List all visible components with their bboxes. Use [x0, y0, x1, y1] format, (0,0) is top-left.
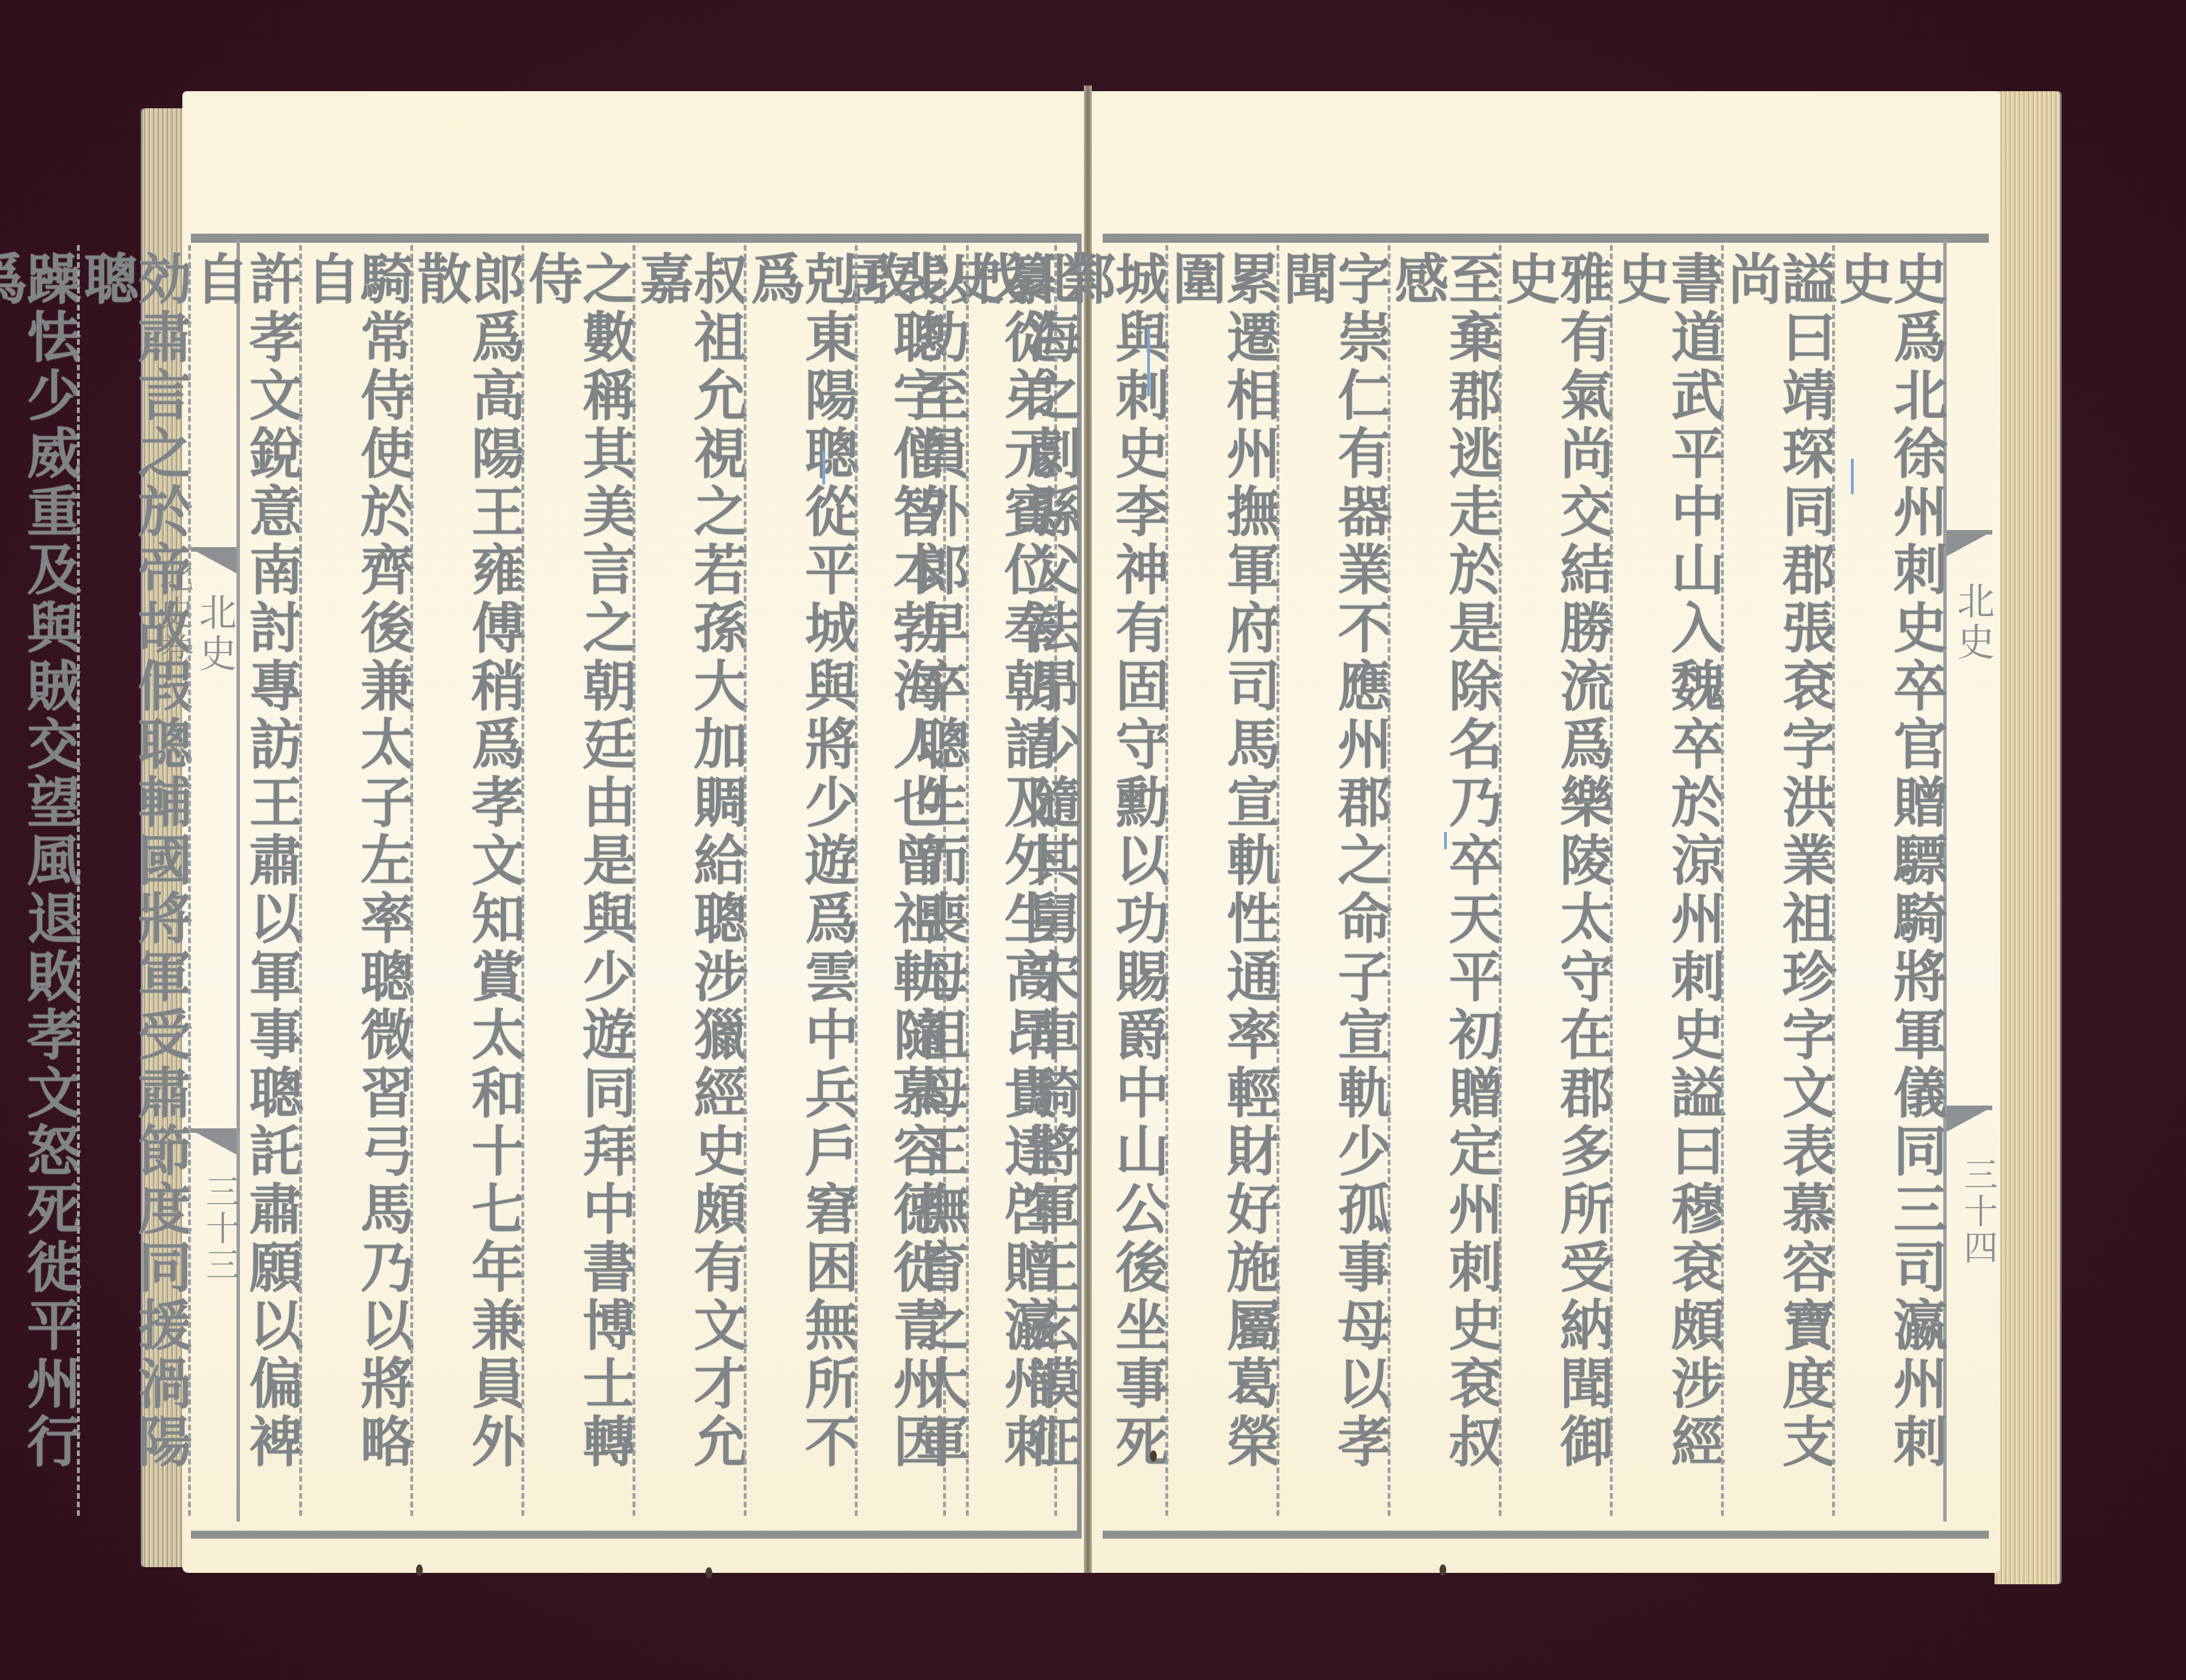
text-column: 字崇仁有器業不應州郡之命子宣軌少孤事母以孝聞 [1276, 245, 1388, 1516]
text-column: 郎爲高陽王雍傅稍爲孝文知賞太和十七年兼員外散 [410, 245, 521, 1516]
column-text: 許孝文銳意南討專訪王肅以軍事聰託肅願以偏裨自 [191, 245, 299, 1516]
blue-annotation-mark [1851, 459, 1854, 494]
stitch-hole [1150, 1450, 1157, 1462]
column-text: 躁怯少威重及與賊交望風退敗孝文怒死徙平州行爲 [0, 245, 77, 1516]
banxin-title-right: 北史 [1953, 581, 1991, 663]
column-text: 字崇仁有器業不應州郡之命子宣軌少孤事母以孝聞 [1279, 245, 1388, 1516]
stitch-hole [705, 1567, 712, 1579]
right-banxin: 北史 三十四 [1943, 239, 1992, 1522]
column-text: 累遷相州撫軍府司馬宣軌性通率輕財好施屬葛榮圍 [1168, 245, 1276, 1516]
text-column: 許孝文銳意南討專訪王肅以軍事聰託肅願以偏裨自 [188, 245, 299, 1516]
left-page-text: 北海之劇縣父法昂少隨其舅宋車騎將軍王玄謨征伐 以功至員外郎早卒聰生而喪母祖母王撫… [239, 245, 1077, 1516]
column-text: 騎常侍使於齊後兼太子左率聰微習弓馬乃以將略自 [302, 245, 410, 1516]
column-text: 謚曰靖琛同郡張袞字洪業祖珍字文表慕容寶度支尚 [1724, 245, 1832, 1516]
column-text: 効肅言之於帝故假聰輔國將軍受肅節度同援渦陽聰 [80, 245, 188, 1516]
fishtail-lower-icon [1947, 1110, 1987, 1132]
stitch-hole [1439, 1564, 1446, 1576]
text-column: 雅有氣尚交結勝流爲樂陵太守在郡多所受納聞御史 [1499, 245, 1610, 1516]
text-column: 北海之劇縣父法昂少隨其舅宋車騎將軍王玄謨征伐 [966, 245, 1077, 1516]
column-text: 郎爲高陽王雍傅稍爲孝文知賞太和十七年兼員外散 [413, 245, 521, 1516]
right-page-text: 史爲北徐州刺史卒官贈驃騎將軍儀同三司瀛州刺史 謚曰靖琛同郡張袞字洪業祖珍字文表慕… [1103, 245, 1943, 1516]
blue-annotation-mark [1444, 832, 1447, 849]
fishtail-upper-icon [1947, 535, 1987, 556]
column-text: 史爲北徐州刺史卒官贈驃騎將軍儀同三司瀛州刺史 [1835, 245, 1943, 1516]
column-text: 之數稱其美言之朝廷由是與少遊同拜中書博士轉侍 [524, 245, 633, 1516]
fishtail-lower-bar [1947, 1106, 1992, 1110]
text-column: 之數稱其美言之朝廷由是與少遊同拜中書博士轉侍 [521, 245, 633, 1516]
text-column: 騎常侍使於齊後兼太子左率聰微習弓馬乃以將略自 [299, 245, 410, 1516]
column-text: 至棄郡逃走於是除名乃卒天平初贈定州刺史袞叔感 [1390, 245, 1499, 1516]
column-text: 叔祖允視之若孫大加賙給聰涉獵經史頗有文才允嘉 [635, 245, 744, 1516]
open-book: 北史 三十三 北史 三十四 北史卷 史爲北徐州刺史卒官贈驃騎將軍儀同三司瀛州刺史… [0, 0, 2186, 1680]
fishtail-upper-bar [1947, 530, 1992, 535]
stitch-hole [416, 1564, 423, 1576]
text-column: 以功至員外郎早卒聰生而喪母祖母王撫育之大軍攻 [855, 245, 966, 1516]
text-column: 至棄郡逃走於是除名乃卒天平初贈定州刺史袞叔感 [1388, 245, 1499, 1516]
text-column: 効肅言之於帝故假聰輔國將軍受肅節度同援渦陽聰 [77, 245, 188, 1516]
blue-annotation-mark [822, 450, 825, 484]
text-column: 史爲北徐州刺史卒官贈驃騎將軍儀同三司瀛州刺史 [1832, 245, 1943, 1516]
text-column: 躁怯少威重及與賊交望風退敗孝文怒死徙平州行爲 [0, 245, 77, 1516]
text-column: 書道武平中山入魏卒於涼州刺史謚曰穆袞頗涉經史 [1610, 245, 1721, 1516]
text-column: 累遷相州撫軍府司馬宣軌性通率輕財好施屬葛榮圍 [1165, 245, 1276, 1516]
column-text: 雅有氣尚交結勝流爲樂陵太守在郡多所受納聞御史 [1502, 245, 1610, 1516]
text-column: 謚曰靖琛同郡張袞字洪業祖珍字文表慕容寶度支尚 [1721, 245, 1832, 1516]
column-text: 以功至員外郎早卒聰生而喪母祖母王撫育之大軍攻 [858, 245, 966, 1516]
column-text: 北海之劇縣父法昂少隨其舅宋車騎將軍王玄謨征伐 [969, 245, 1077, 1516]
page-number-right: 三十四 [1953, 1157, 2003, 1266]
right-fore-edge [1995, 91, 2060, 1584]
blue-annotation-mark [1147, 328, 1150, 396]
column-text: 剋東陽聰從平城與將少遊爲雲中兵戶窘困無所不爲 [747, 245, 855, 1516]
text-column: 叔祖允視之若孫大加賙給聰涉獵經史頗有文才允嘉 [633, 245, 744, 1516]
text-column: 剋東陽聰從平城與將少遊爲雲中兵戶窘困無所不爲 [744, 245, 855, 1516]
column-text: 書道武平中山入魏卒於涼州刺史謚曰穆袞頗涉經史 [1613, 245, 1721, 1516]
